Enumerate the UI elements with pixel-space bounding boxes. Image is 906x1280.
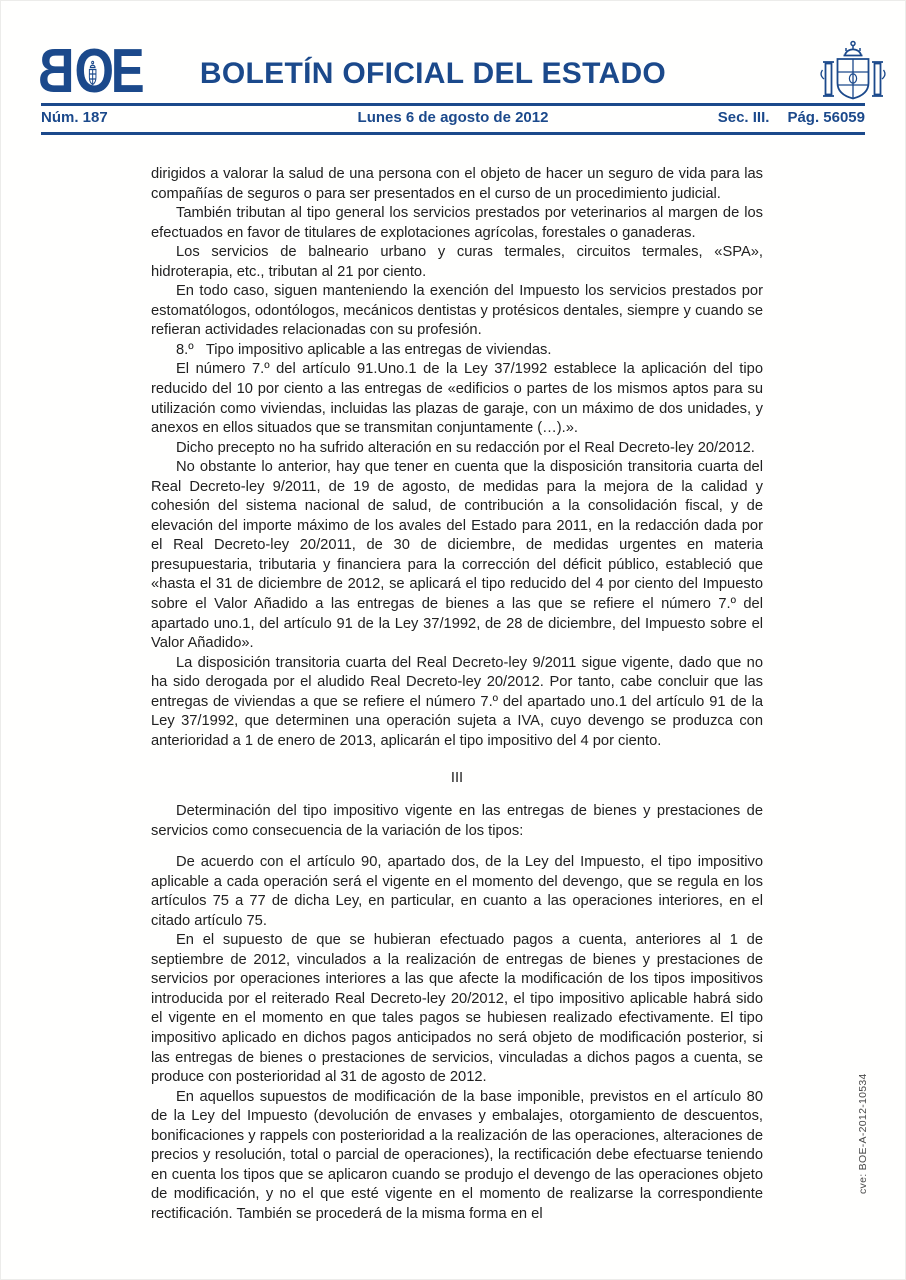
issue-date: Lunes 6 de agosto de 2012 bbox=[358, 109, 549, 126]
page-title: BOLETÍN OFICIAL DEL ESTADO bbox=[1, 57, 865, 91]
masthead-meta-row: Núm. 187 Lunes 6 de agosto de 2012 Sec. … bbox=[41, 109, 865, 129]
paragraph: No obstante lo anterior, hay que tener e… bbox=[151, 458, 763, 653]
paragraph: En el supuesto de que se hubieran efectu… bbox=[151, 931, 763, 1087]
paragraph: Dicho precepto no ha sufrido alteración … bbox=[151, 439, 763, 459]
paragraph: También tributan al tipo general los ser… bbox=[151, 204, 763, 243]
section-heading: III bbox=[151, 769, 763, 789]
paragraph: dirigidos a valorar la salud de una pers… bbox=[151, 165, 763, 204]
paragraph: En todo caso, siguen manteniendo la exen… bbox=[151, 282, 763, 341]
cve-code: cve: BOE-A-2012-10534 bbox=[857, 1073, 869, 1194]
masthead-rule-top bbox=[41, 103, 865, 106]
paragraph: El número 7.º del artículo 91.Uno.1 de l… bbox=[151, 360, 763, 438]
paragraph: Determinación del tipo impositivo vigent… bbox=[151, 802, 763, 841]
paragraph: De acuerdo con el artículo 90, apartado … bbox=[151, 853, 763, 931]
document-body: dirigidos a valorar la salud de una pers… bbox=[151, 165, 763, 1224]
masthead-rule-bottom bbox=[41, 132, 865, 135]
paragraph: Los servicios de balneario urbano y cura… bbox=[151, 243, 763, 282]
section-page-group: Sec. III. Pág. 56059 bbox=[718, 109, 865, 126]
paragraph-list-item: 8.º Tipo impositivo aplicable a las entr… bbox=[151, 341, 763, 361]
boe-document-page: B O E BOLETÍN OFICIAL DEL ESTADO bbox=[0, 0, 906, 1280]
paragraph: La disposición transitoria cuarta del Re… bbox=[151, 654, 763, 752]
paragraph: En aquellos supuestos de modificación de… bbox=[151, 1088, 763, 1225]
issue-number: Núm. 187 bbox=[41, 109, 108, 126]
section-label: Sec. III. bbox=[718, 109, 770, 126]
spain-coat-of-arms-icon bbox=[817, 39, 889, 111]
page-number: Pág. 56059 bbox=[787, 109, 865, 126]
